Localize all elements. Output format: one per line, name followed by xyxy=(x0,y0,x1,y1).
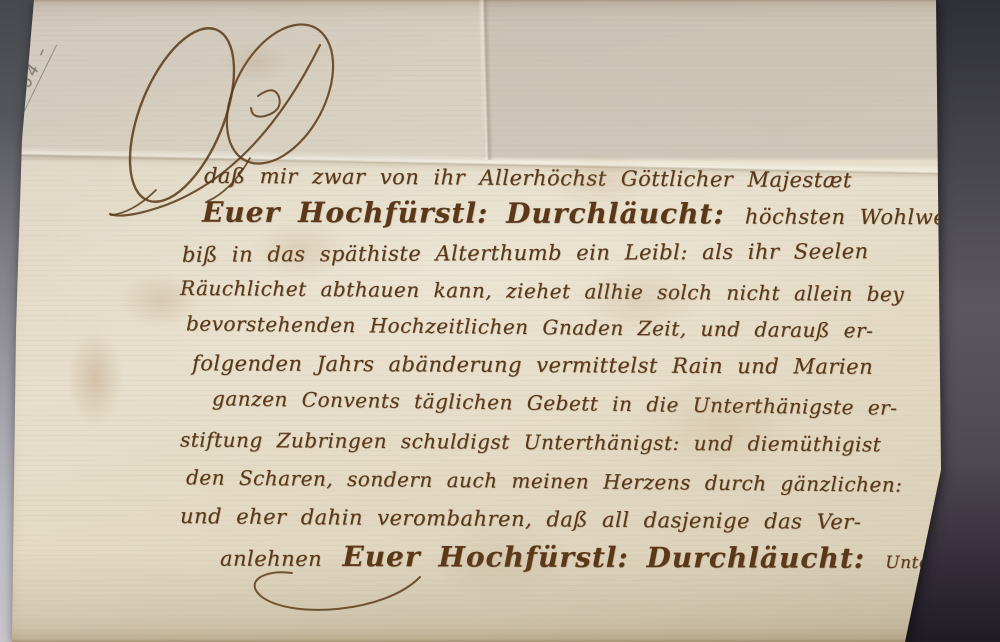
line-text: folgenden Jahrs abänderung vermittelst R… xyxy=(192,351,873,379)
paper-sheet: 1464 – daß mir zwar von ihr Allerhöchst … xyxy=(0,0,1000,642)
line-text: Räuchlichet abthauen kann, ziehet allhie… xyxy=(180,276,904,306)
line-text: ganzen Convents täglichen Gebett in die … xyxy=(212,386,898,420)
manuscript-line: folgenden Jahrs abänderung vermittelst R… xyxy=(192,351,873,379)
manuscript-line: den Scharen, sondern auch meinen Herzens… xyxy=(186,465,903,497)
line-text: und eher dahin verombahren, daß all dasj… xyxy=(180,504,862,534)
line-text-emphasis: Euer Hochfürstl: Durchläucht: xyxy=(342,540,865,575)
fold-panel-shading-top xyxy=(0,0,1000,160)
fold-panel-shading-top-right xyxy=(483,0,943,158)
manuscript-line: stiftung Zubringen schuldigst Unterthäni… xyxy=(180,428,881,457)
line-text: anlehnen xyxy=(220,547,322,571)
line-text: biß in das späthiste Alterthumb ein Leib… xyxy=(182,239,869,267)
manuscript-line: anlehnen Euer Hochfürstl: Durchläucht: U… xyxy=(220,540,1000,576)
paper-sheet-wrap: 1464 – daß mir zwar von ihr Allerhöchst … xyxy=(0,0,1000,642)
fold-crease-vertical xyxy=(478,0,493,160)
manuscript-line: Euer Hochfürstl: Durchläucht: höchsten W… xyxy=(196,196,985,232)
manuscript-line: biß in das späthiste Alterthumb ein Leib… xyxy=(182,239,869,267)
line-text: den Scharen, sondern auch meinen Herzens… xyxy=(186,465,903,497)
line-text: höchsten Wohlwesen xyxy=(745,205,985,230)
line-text: daß mir zwar von ihr Allerhöchst Göttlic… xyxy=(204,164,852,193)
manuscript-line: ganzen Convents täglichen Gebett in die … xyxy=(212,386,898,420)
manuscript-line: bevorstehenden Hochzeitlichen Gnaden Zei… xyxy=(186,311,874,342)
archival-number-pencil: 1464 – xyxy=(3,36,57,117)
manuscript-line: daß mir zwar von ihr Allerhöchst Göttlic… xyxy=(204,164,852,193)
manuscript-line: Räuchlichet abthauen kann, ziehet allhie… xyxy=(180,276,904,306)
line-text-emphasis: Euer Hochfürstl: Durchläucht: xyxy=(202,196,725,231)
line-text-small: Unterthänigster xyxy=(885,553,1000,574)
manuscript-line: und eher dahin verombahren, daß all dasj… xyxy=(180,504,862,534)
last-line-underline-flourish xyxy=(255,572,420,610)
manuscript-photo: 1464 – daß mir zwar von ihr Allerhöchst … xyxy=(0,0,1000,642)
line-text: stiftung Zubringen schuldigst Unterthäni… xyxy=(180,428,881,457)
line-text: bevorstehenden Hochzeitlichen Gnaden Zei… xyxy=(186,311,874,342)
